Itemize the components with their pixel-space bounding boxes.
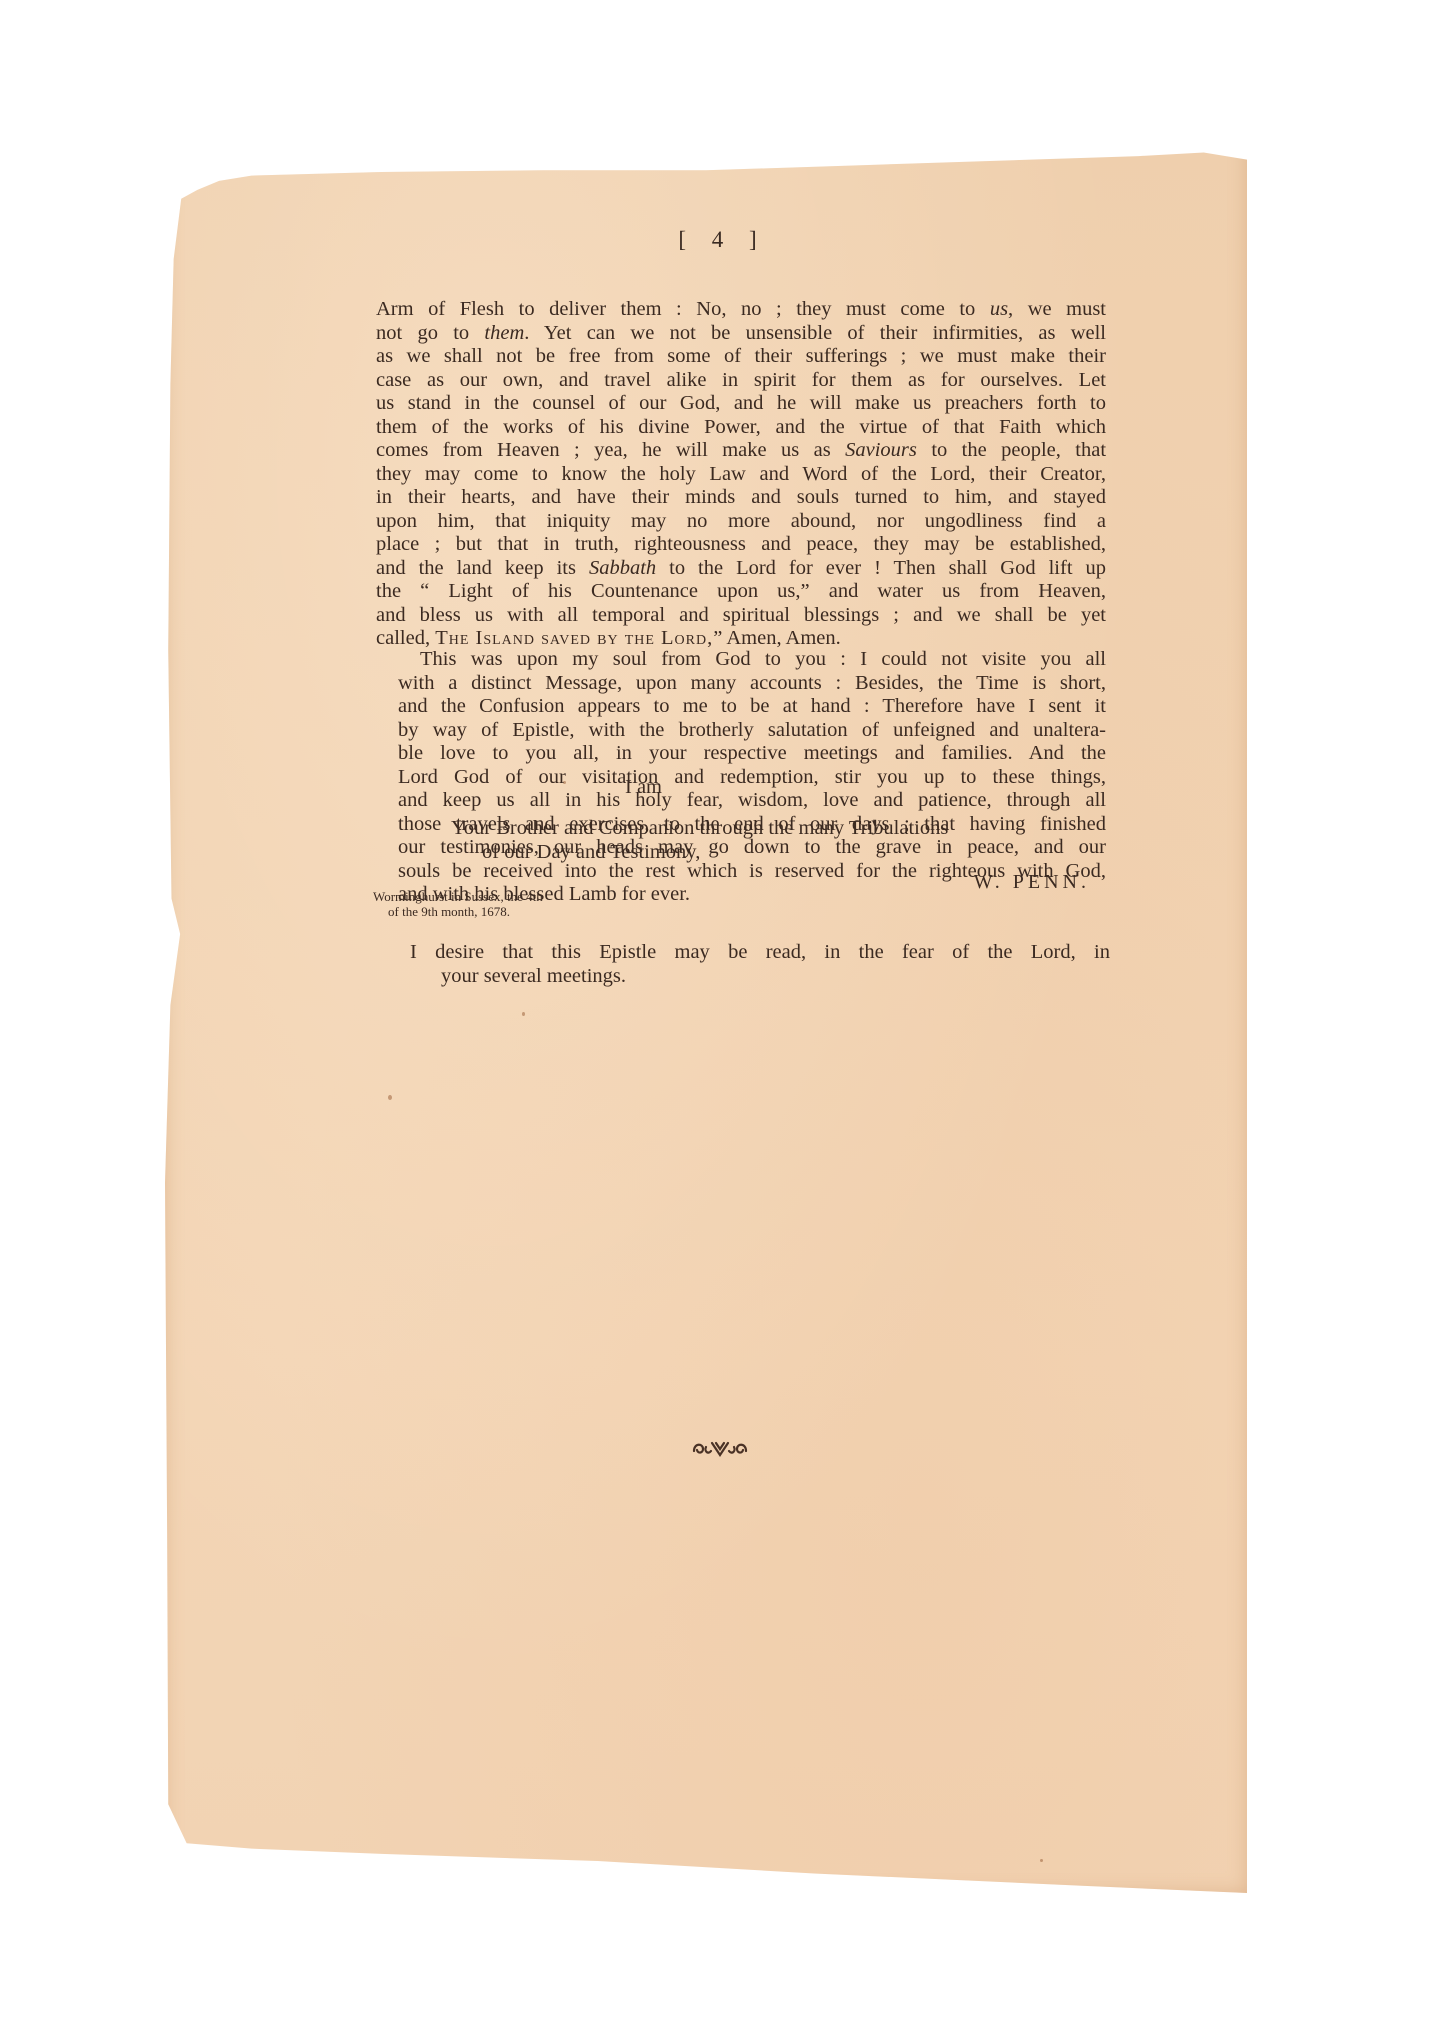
text-line: and the land keep its Sabbath to the Lor… bbox=[376, 557, 1106, 581]
place-and-date: Worminghurst in Sussex, the 4th of the 9… bbox=[373, 889, 543, 919]
paragraph-1: Arm of Flesh to deliver them : No, no ; … bbox=[376, 298, 1106, 651]
paragraph-2: This was upon my soul from God to you : … bbox=[376, 648, 1106, 907]
text-line: they may come to know the holy Law and W… bbox=[376, 463, 1106, 487]
printer-ornament-icon bbox=[690, 1437, 750, 1461]
postscript-line-2: your several meetings. bbox=[410, 965, 1110, 989]
text-line: as we shall not be free from some of the… bbox=[376, 345, 1106, 369]
text-line: Lord God of our visitation and redemptio… bbox=[376, 766, 1106, 790]
text-line: and bless us with all temporal and spiri… bbox=[376, 604, 1106, 628]
text-line: case as our own, and travel alike in spi… bbox=[376, 369, 1106, 393]
place-line: Worminghurst in Sussex, the 4th bbox=[373, 889, 543, 904]
text-line: and keep us all in his holy fear, wisdom… bbox=[376, 789, 1106, 813]
closing-line-1: Your Brother and Companion through the m… bbox=[451, 817, 948, 841]
foxing-spot bbox=[388, 1095, 392, 1100]
closing-salutation: Your Brother and Companion through the m… bbox=[451, 817, 948, 864]
foxing-spot bbox=[1040, 1859, 1043, 1862]
text-line: not go to them. Yet can we not be unsens… bbox=[376, 322, 1106, 346]
text-line: comes from Heaven ; yea, he will make us… bbox=[376, 439, 1106, 463]
date-line: of the 9th month, 1678. bbox=[373, 904, 543, 919]
text-line: Arm of Flesh to deliver them : No, no ; … bbox=[376, 298, 1106, 322]
text-line: in their hearts, and have their minds an… bbox=[376, 486, 1106, 510]
closing-line-2: of our Day and Testimony, bbox=[451, 841, 948, 865]
text-line: us stand in the counsel of our God, and … bbox=[376, 392, 1106, 416]
text-line: them of the works of his divine Power, a… bbox=[376, 416, 1106, 440]
text-line: upon him, that iniquity may no more abou… bbox=[376, 510, 1106, 534]
text-line: the “ Light of his Countenance upon us,”… bbox=[376, 580, 1106, 604]
closing-i-am: I am bbox=[625, 776, 662, 799]
text-line: by way of Epistle, with the brotherly sa… bbox=[376, 719, 1106, 743]
text-line: ble love to you all, in your respective … bbox=[376, 742, 1106, 766]
text-line: and the Confusion appears to me to be at… bbox=[376, 695, 1106, 719]
signature: W. PENN. bbox=[730, 871, 1090, 894]
text-line: with a distinct Message, upon many accou… bbox=[376, 672, 1106, 696]
foxing-spot bbox=[522, 1012, 525, 1016]
text-line: This was upon my soul from God to you : … bbox=[376, 648, 1106, 672]
text-line: called, The Island saved by the Lord,” A… bbox=[376, 627, 1106, 651]
text-line: place ; but that in truth, righteousness… bbox=[376, 533, 1106, 557]
postscript-line-1: I desire that this Epistle may be read, … bbox=[410, 941, 1110, 965]
postscript: I desire that this Epistle may be read, … bbox=[410, 941, 1110, 988]
page-number: [ 4 ] bbox=[0, 227, 1445, 253]
